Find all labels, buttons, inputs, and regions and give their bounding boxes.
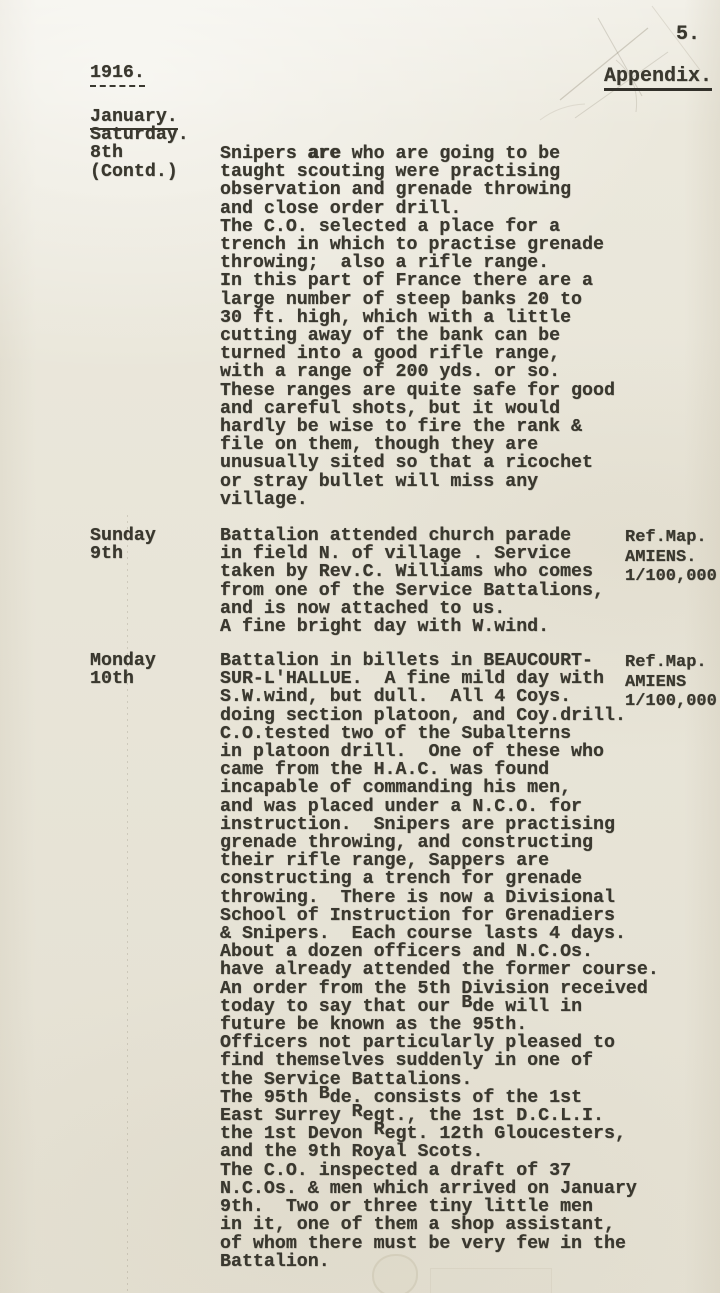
text-line: The C.O. inspected a draft of 37 (220, 1162, 659, 1180)
text-line: in field N. of village . Service (220, 545, 604, 563)
text-line: throwing. There is now a Divisional (220, 889, 659, 907)
bleedthrough-mark-2 (430, 1268, 552, 1293)
text-line: future be known as the 95th. (220, 1016, 659, 1034)
text-line: Monday (90, 652, 156, 670)
text-line: School of Instruction for Grenadiers (220, 907, 659, 925)
text-line: (Contd.) (90, 163, 189, 181)
text-line: 9th (90, 545, 156, 563)
text-line: came from the H.A.C. was found (220, 761, 659, 779)
text-line: In this part of France there are a (220, 272, 615, 290)
text-line: SUR-L'HALLUE. A fine mild day with (220, 670, 659, 688)
text-line: The 95th Bde. consists of the 1st (220, 1089, 659, 1107)
text-line: turned into a good rifle range, (220, 345, 615, 363)
entry-body-text: Battalion in billets in BEAUCOURT-SUR-L'… (220, 652, 659, 1271)
text-line: Sunday (90, 527, 156, 545)
text-line: 9th. Two or three tiny little men (220, 1198, 659, 1216)
text-line: the Service Battalions. (220, 1071, 659, 1089)
text-line: village. (220, 491, 615, 509)
text-line: 1/100,000 (625, 567, 717, 587)
text-line: instruction. Snipers are practising (220, 816, 659, 834)
text-line: in it, one of them a shop assistant, (220, 1216, 659, 1234)
text-line: large number of steep banks 20 to (220, 291, 615, 309)
text-line: unusually sited so that a ricochet (220, 454, 615, 472)
text-line: January. (90, 108, 189, 126)
text-line: 30 ft. high, which with a little (220, 309, 615, 327)
year-heading: 1916. (90, 64, 145, 87)
text-line: 10th (90, 670, 156, 688)
text-line: and close order drill. (220, 200, 615, 218)
text-line: About a dozen officers and N.C.Os. (220, 943, 659, 961)
text-line: and careful shots, but it would (220, 400, 615, 418)
text-line: with a range of 200 yds. or so. (220, 363, 615, 381)
text-line: and is now attached to us. (220, 600, 604, 618)
text-line: A fine bright day with W.wind. (220, 618, 604, 636)
text-line: S.W.wind, but dull. All 4 Coys. (220, 688, 659, 706)
diary-page: 5. 1916. Appendix. January.Saturday.8th(… (0, 0, 720, 1293)
text-line: from one of the Service Battalions, (220, 582, 604, 600)
text-line: East Surrey Regt., the 1st D.C.L.I. (220, 1107, 659, 1125)
text-line: find themselves suddenly in one of (220, 1052, 659, 1070)
text-line: Officers not particularly pleased to (220, 1034, 659, 1052)
text-line: 8th (90, 144, 189, 162)
text-line: and the 9th Royal Scots. (220, 1143, 659, 1161)
text-line: C.O.tested two of the Subalterns (220, 725, 659, 743)
text-line: taught scouting were practising (220, 163, 615, 181)
text-line: have already attended the former course. (220, 961, 659, 979)
entry-ref-map: Ref.Map.AMIENS1/100,000 (625, 653, 717, 712)
appendix-label: Appendix. (604, 68, 712, 91)
text-line: The C.O. selected a place for a (220, 218, 615, 236)
entry-date-column: January.Saturday.8th(Contd.) (90, 108, 189, 181)
text-line: grenade throwing, and constructing (220, 834, 659, 852)
text-line: An order from the 5th Division received (220, 980, 659, 998)
text-line: doing section platoon, and Coy.drill. (220, 707, 659, 725)
text-line: throwing; also a rifle range. (220, 254, 615, 272)
text-line: Ref.Map. (625, 528, 717, 548)
text-line: incapable of commanding his men, (220, 779, 659, 797)
text-line: their rifle range, Sappers are (220, 852, 659, 870)
entry-body-text: Snipers are who are going to betaught sc… (220, 145, 615, 509)
entry-date-column: Sunday9th (90, 527, 156, 563)
text-line: Battalion. (220, 1253, 659, 1271)
text-line: constructing a trench for grenade (220, 870, 659, 888)
text-line: These ranges are quite safe for good (220, 382, 615, 400)
text-line: 1/100,000 (625, 692, 717, 712)
text-line: AMIENS (625, 673, 717, 693)
text-line: and was placed under a N.C.O. for (220, 798, 659, 816)
text-line: of whom there must be very few in the (220, 1235, 659, 1253)
text-line: trench in which to practise grenade (220, 236, 615, 254)
text-line: Battalion in billets in BEAUCOURT- (220, 652, 659, 670)
entry-date-column: Monday10th (90, 652, 156, 688)
year-label: 1916. (90, 64, 145, 87)
entry-body-text: Battalion attended church paradein field… (220, 527, 604, 636)
text-line: today to say that our Bde will in (220, 998, 659, 1016)
text-line: taken by Rev.C. Williams who comes (220, 563, 604, 581)
page-number: 5. (676, 26, 700, 44)
text-line: AMIENS. (625, 548, 717, 568)
vertical-fold-line (127, 515, 128, 1293)
text-line: hardly be wise to fire the rank & (220, 418, 615, 436)
text-line: the 1st Devon Regt. 12th Gloucesters, (220, 1125, 659, 1143)
text-line: Battalion attended church parade (220, 527, 604, 545)
text-line: cutting away of the bank can be (220, 327, 615, 345)
text-line: Saturday. (90, 126, 189, 144)
text-line: Ref.Map. (625, 653, 717, 673)
text-line: Snipers are who are going to be (220, 145, 615, 163)
text-line: in platoon drill. One of these who (220, 743, 659, 761)
text-line: file on them, though they are (220, 436, 615, 454)
appendix-heading: Appendix. (604, 68, 712, 91)
text-line: or stray bullet will miss any (220, 473, 615, 491)
text-line: & Snipers. Each course lasts 4 days. (220, 925, 659, 943)
entry-ref-map: Ref.Map.AMIENS.1/100,000 (625, 528, 717, 587)
text-line: observation and grenade throwing (220, 181, 615, 199)
text-line: N.C.Os. & men which arrived on January (220, 1180, 659, 1198)
